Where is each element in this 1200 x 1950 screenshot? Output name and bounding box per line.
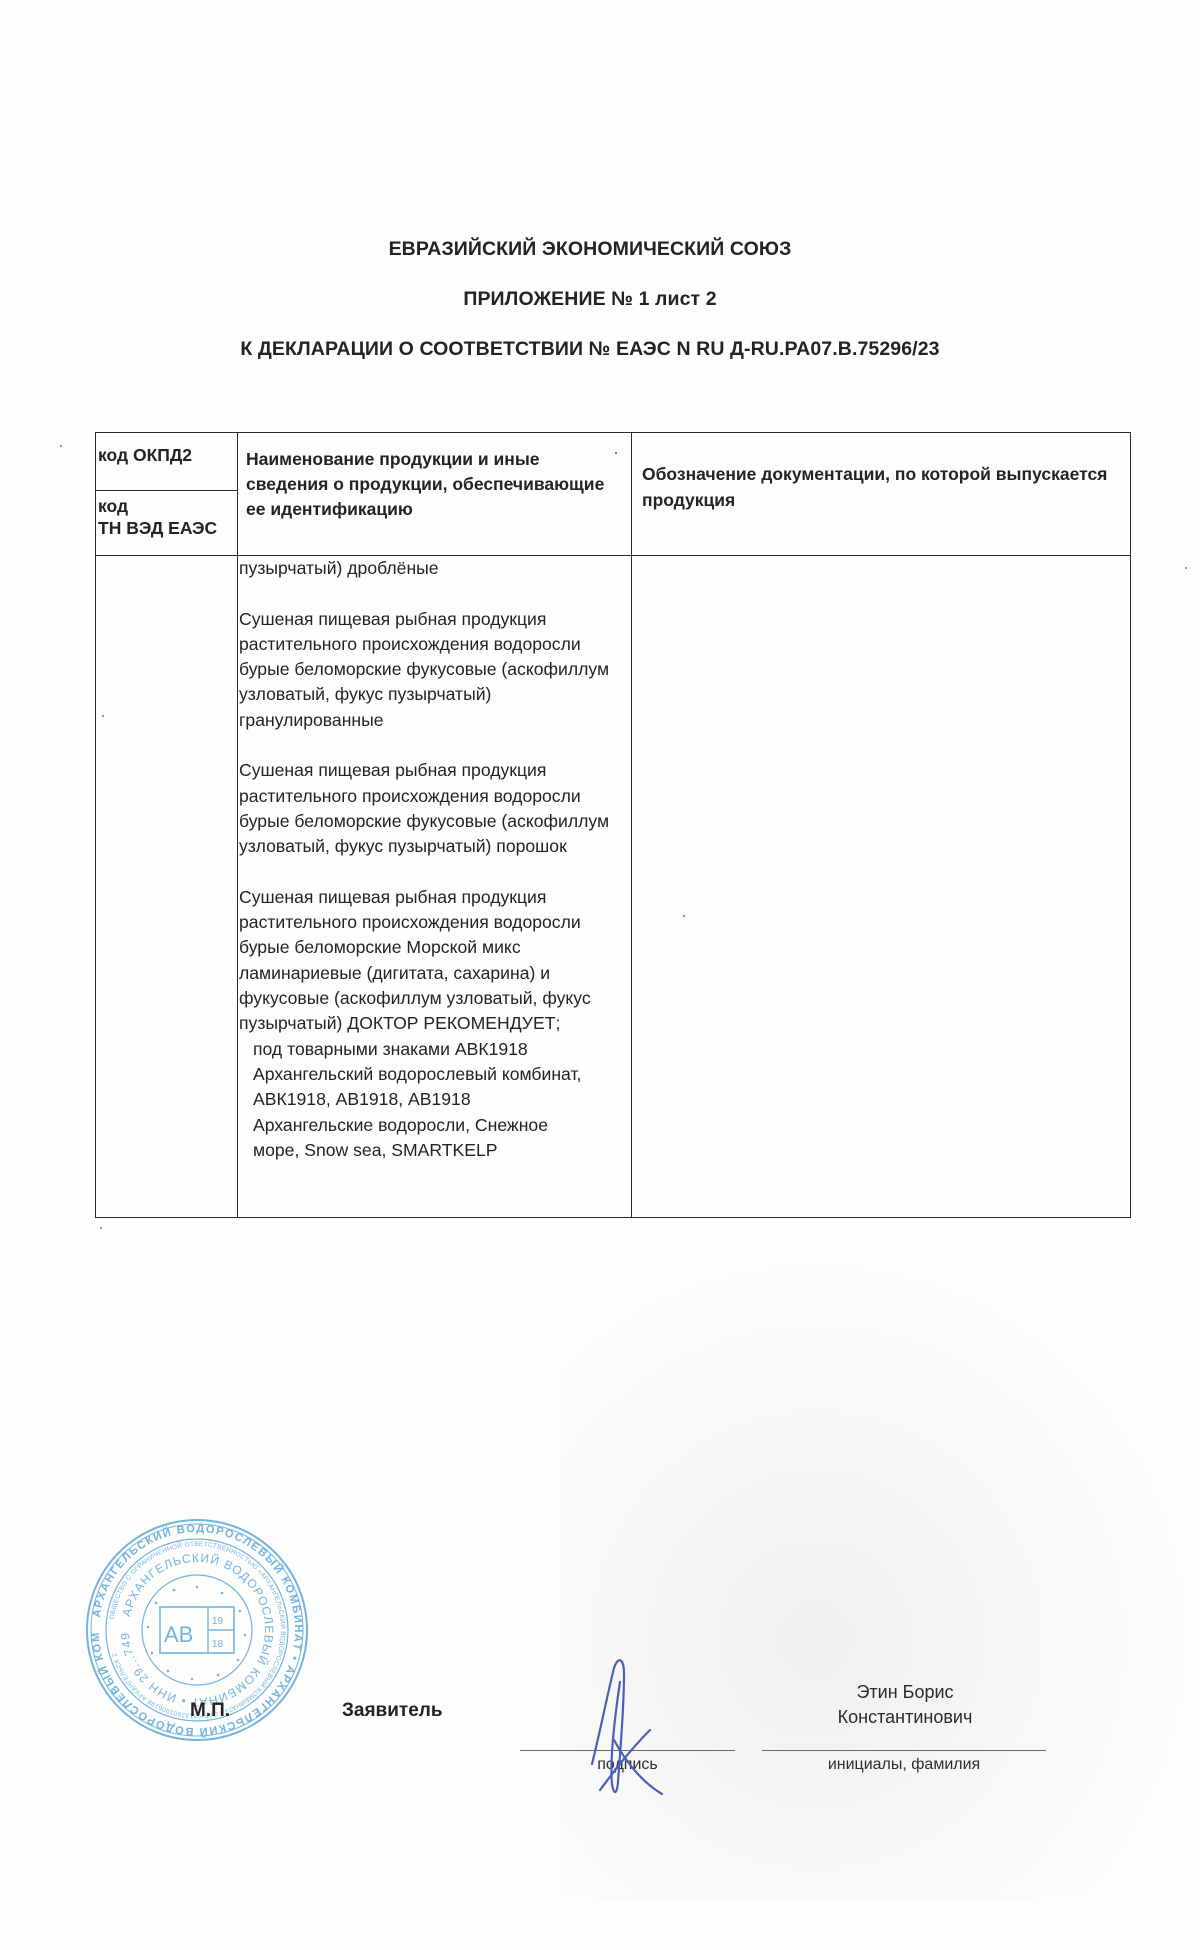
handwritten-signature-icon: [570, 1652, 690, 1800]
table-row: пузырчатый) дроблёные Сушеная пищевая ры…: [96, 556, 1131, 1218]
products-table: код ОКПД2 Наименование продукции и иные …: [95, 432, 1131, 1218]
applicant-label: Заявитель: [342, 1700, 443, 1722]
header-tnved: код ТН ВЭД ЕАЭС: [96, 491, 238, 556]
trademark-line: море, Snow sea, SMARTKELP: [239, 1138, 629, 1163]
name-line: [762, 1750, 1046, 1751]
trademark-line: Архангельский водорослевый комбинат,: [239, 1062, 629, 1087]
stamp-place-label: М.П.: [190, 1700, 230, 1722]
header-product-name: Наименование продукции и иные сведения о…: [238, 433, 632, 556]
table-header-row: код ОКПД2 Наименование продукции и иные …: [96, 433, 1131, 491]
svg-text:18: 18: [212, 1639, 224, 1650]
product-cell: пузырчатый) дроблёные Сушеная пищевая ры…: [238, 556, 632, 1218]
product-item: Сушеная пищевая рыбная продукция растите…: [239, 607, 629, 733]
header-documentation: Обозначение документации, по которой вып…: [632, 433, 1131, 556]
svg-text:AB: AB: [164, 1622, 193, 1647]
code-cell: [96, 556, 238, 1218]
trademark-line: Архангельские водоросли, Снежное: [239, 1113, 629, 1138]
svg-text:ОБЩЕСТВО С ОГРАНИЧЕННОЙ ОТВЕТС: ОБЩЕСТВО С ОГРАНИЧЕННОЙ ОТВЕТСТВЕННОСТЬЮ…: [109, 1540, 288, 1719]
scan-speck: [100, 1227, 102, 1229]
product-item: пузырчатый) дроблёные: [239, 556, 629, 581]
header-okpd2: код ОКПД2: [96, 433, 238, 491]
appendix-title: ПРИЛОЖЕНИЕ № 1 лист 2: [0, 288, 1180, 311]
svg-text:19: 19: [212, 1616, 224, 1627]
trademark-line: под товарными знаками АВК1918: [239, 1037, 629, 1062]
signer-name-line1: Этин Борис: [780, 1680, 1030, 1705]
signer-name-line2: Константинович: [780, 1705, 1030, 1730]
header-tnved-line2: ТН ВЭД ЕАЭС: [98, 517, 235, 539]
trademark-line: АВК1918, АВ1918, АВ1918: [239, 1087, 629, 1112]
name-caption: инициалы, фамилия: [762, 1756, 1046, 1774]
scan-speck: [102, 715, 104, 717]
product-item: Сушеная пищевая рыбная продукция растите…: [239, 885, 629, 1037]
paper-shading: [560, 1250, 1200, 1900]
scan-speck: [615, 452, 617, 454]
documentation-cell: [632, 556, 1131, 1218]
scan-speck: [683, 915, 685, 917]
product-item: Сушеная пищевая рыбная продукция растите…: [239, 758, 629, 859]
header-tnved-line1: код: [98, 495, 235, 517]
scan-speck: [60, 445, 62, 447]
signer-name: Этин Борис Константинович: [780, 1680, 1030, 1730]
scan-speck: [1185, 567, 1187, 569]
union-title: ЕВРАЗИЙСКИЙ ЭКОНОМИЧЕСКИЙ СОЮЗ: [0, 238, 1180, 261]
declaration-title: К ДЕКЛАРАЦИИ О СООТВЕТСТВИИ № ЕАЭС N RU …: [0, 338, 1180, 361]
